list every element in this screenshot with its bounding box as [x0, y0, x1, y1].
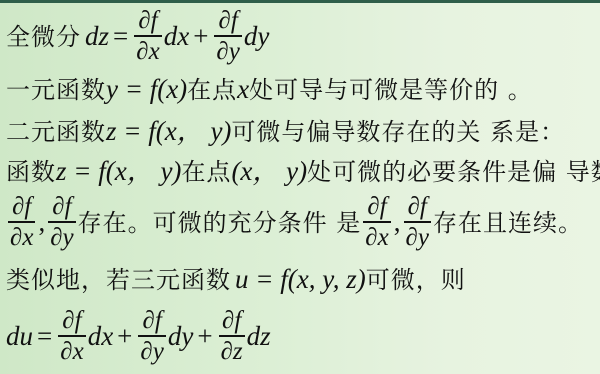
point: x [237, 76, 249, 103]
formula: u = f(x, y, z) [235, 266, 366, 293]
formula: z = f(x， y) [106, 118, 231, 145]
fraction-df-dy: ∂f ∂y [48, 194, 75, 251]
comma: , [394, 209, 401, 236]
fraction-df-dx: ∂f ∂x [134, 8, 161, 65]
denominator: ∂x [58, 337, 85, 365]
three-variable-line: 类似地，若三元函数 u = f(x, y, z) 可微，则 [6, 266, 466, 293]
point: (x， y) [231, 158, 307, 185]
du-formula-line: du = ∂f ∂x dx + ∂f ∂y dy + ∂f ∂z dz [6, 308, 271, 365]
denominator: ∂x [134, 37, 161, 65]
conditions-line: ∂f ∂x , ∂f ∂y 存在。可微的充分条件 是 ∂f ∂x , ∂f ∂y… [6, 194, 583, 251]
fraction-df-dy: ∂f ∂y [214, 8, 241, 65]
numerator: ∂f [140, 308, 163, 335]
fraction-df-dy: ∂f ∂y [404, 194, 431, 251]
comma: , [38, 209, 45, 236]
numerator: ∂f [406, 194, 429, 221]
suffix-text: 可微，则 [366, 268, 466, 292]
sufficient-text: 存在且连续。 [433, 211, 583, 235]
differential-dx: dx [164, 23, 189, 50]
lhs: dz [85, 23, 109, 50]
equals-sign: = [113, 23, 128, 50]
numerator: ∂f [365, 194, 388, 221]
denominator: ∂y [138, 337, 165, 365]
fraction-df-dx: ∂f ∂x [58, 308, 85, 365]
numerator: ∂f [216, 8, 239, 35]
numerator: ∂f [60, 308, 83, 335]
middle-text: 在点 [181, 160, 231, 184]
top-border [0, 0, 600, 3]
denominator: ∂x [8, 223, 35, 251]
equals-sign: = [37, 323, 52, 350]
denominator: ∂z [219, 337, 245, 365]
fraction-df-dx: ∂f ∂x [8, 194, 35, 251]
total-differential-line: 全微分 dz = ∂f ∂x dx + ∂f ∂y dy [6, 8, 269, 65]
differential-dx: dx [88, 323, 113, 350]
two-variable-line: 二元函数 z = f(x， y) 可微与偏导数存在的关 系是： [6, 118, 565, 145]
formula: y = f(x) [106, 76, 187, 103]
plus-sign: + [117, 323, 132, 350]
prefix-text: 一元函数 [6, 78, 106, 102]
fraction-df-dy: ∂f ∂y [138, 308, 165, 365]
prefix-text: 二元函数 [6, 120, 106, 144]
numerator: ∂f [50, 194, 73, 221]
necessary-condition-line: 函数 z = f(x， y) 在点 (x， y) 处可微的必要条件是偏 导数 [6, 158, 600, 185]
numerator: ∂f [136, 8, 159, 35]
prefix-text: 类似地，若三元函数 [6, 268, 231, 292]
lhs: du [6, 323, 33, 350]
formula: z = f(x， y) [56, 158, 181, 185]
numerator: ∂f [220, 308, 243, 335]
suffix-text: 处可导与可微是等价的 。 [249, 78, 533, 102]
prefix-text: 函数 [6, 160, 56, 184]
denominator: ∂y [48, 223, 75, 251]
differential-dz: dz [247, 323, 271, 350]
fraction-df-dz: ∂f ∂z [219, 308, 245, 365]
label-text: 全微分 [6, 25, 81, 49]
denominator: ∂y [404, 223, 431, 251]
plus-sign: + [193, 23, 208, 50]
fraction-df-dx: ∂f ∂x [363, 194, 390, 251]
suffix-text: 处可微的必要条件是偏 导数 [307, 160, 600, 184]
plus-sign: + [197, 323, 212, 350]
denominator: ∂x [363, 223, 390, 251]
differential-dy: dy [168, 323, 193, 350]
numerator: ∂f [10, 194, 33, 221]
denominator: ∂y [214, 37, 241, 65]
one-variable-line: 一元函数 y = f(x) 在点 x 处可导与可微是等价的 。 [6, 76, 533, 103]
suffix-text: 可微与偏导数存在的关 系是： [231, 120, 565, 144]
middle-text: 在点 [187, 78, 237, 102]
differential-dy: dy [244, 23, 269, 50]
necessary-text: 存在。可微的充分条件 是 [78, 211, 362, 235]
